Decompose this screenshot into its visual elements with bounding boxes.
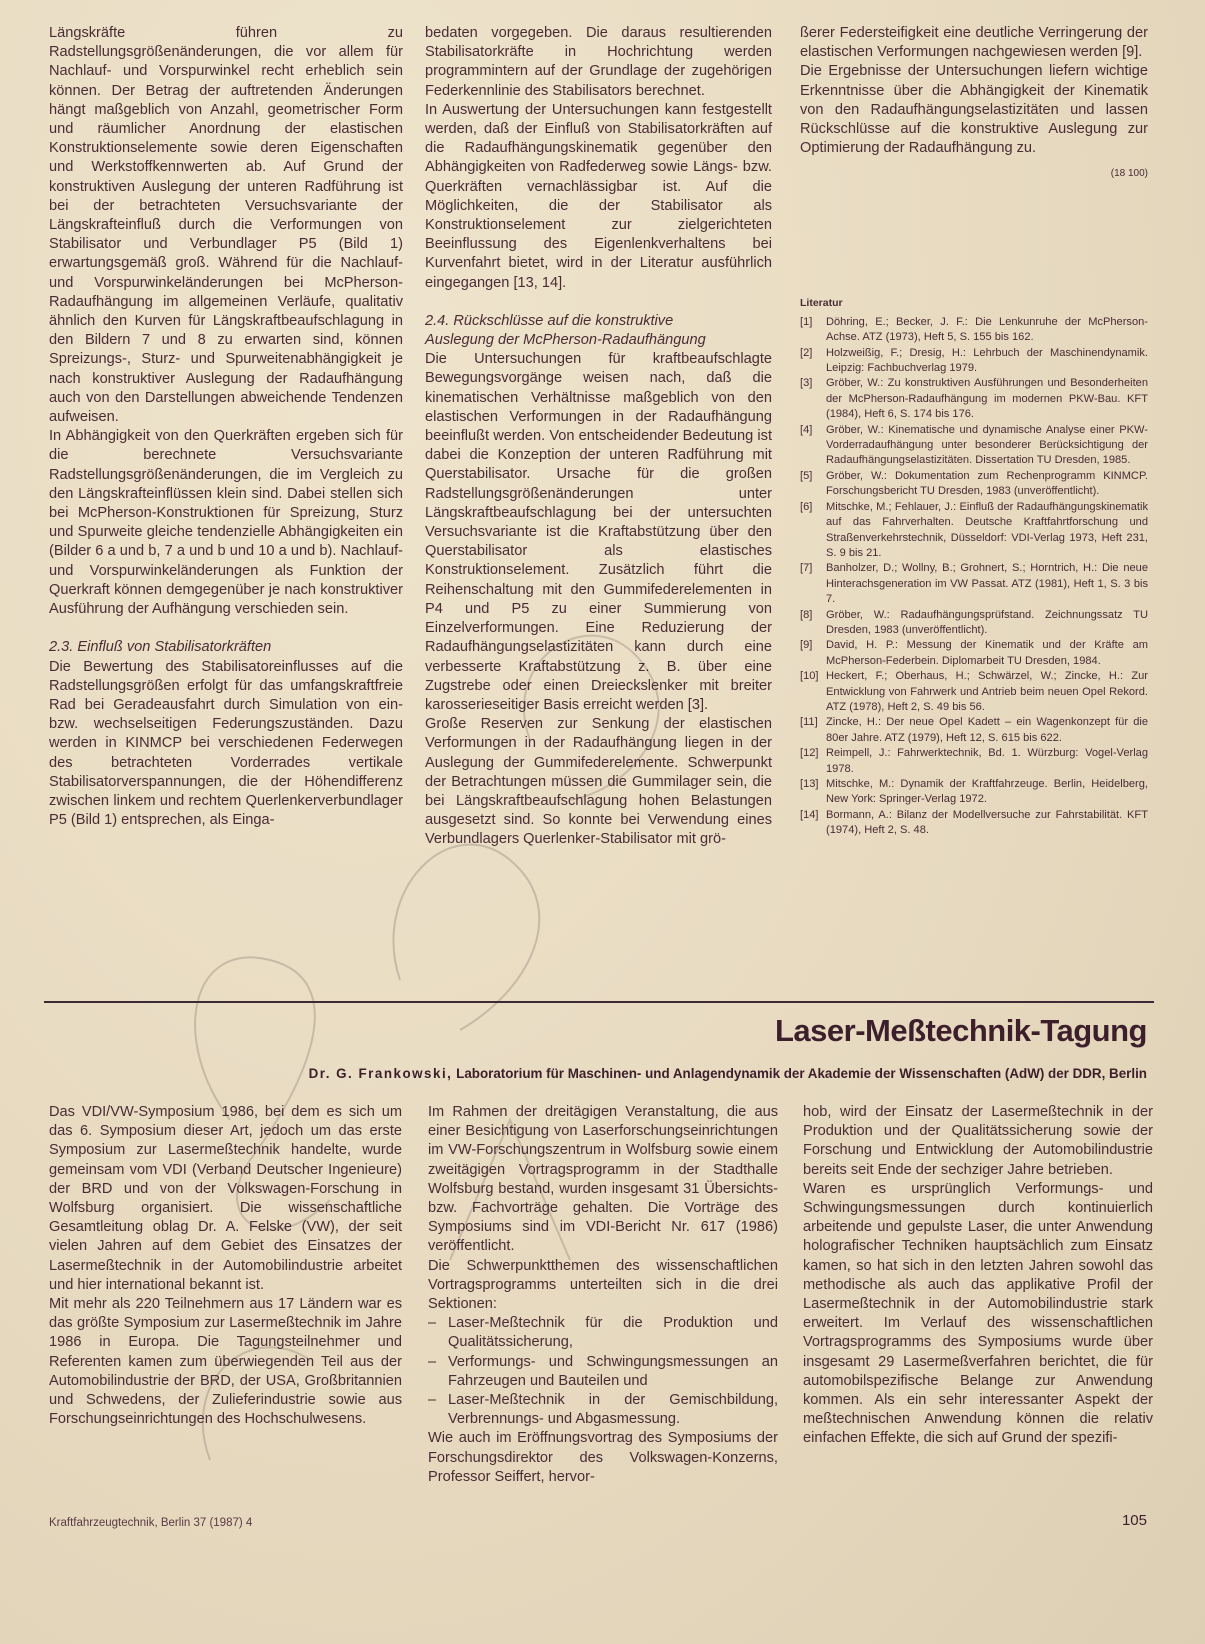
body-paragraph: Waren es ursprünglich Verformungs- und S… — [803, 1180, 1153, 1449]
section-heading-2-3: 2.3. Einfluß von Stabilisatorkräften — [49, 638, 403, 657]
literature-item: [2]Holzweißig, F.; Dresig, H.: Lehrbuch … — [800, 346, 1148, 377]
literature-item: [14]Bormann, A.: Bilanz der Modellversuc… — [800, 808, 1148, 839]
reference-text: Bormann, A.: Bilanz der Modellversuche z… — [826, 808, 1148, 839]
body-paragraph: Das VDI/VW-Symposium 1986, bei dem es si… — [49, 1103, 402, 1295]
reference-number: [13] — [800, 777, 826, 808]
body-paragraph: Die Bewertung des Stabilisatoreinflusses… — [49, 658, 403, 831]
reference-number: [12] — [800, 746, 826, 777]
body-paragraph: bedaten vorgegeben. Die daraus resultier… — [425, 24, 772, 101]
reference-number: [8] — [800, 608, 826, 639]
body-paragraph: Wie auch im Eröffnungsvortrag des Sympos… — [428, 1429, 778, 1487]
section-list-text: Verformungs- und Schwingungsmessungen an… — [448, 1353, 778, 1391]
reference-number: [7] — [800, 561, 826, 607]
reference-text: Heckert, F.; Oberhaus, H.; Schwärzel, W.… — [826, 669, 1148, 715]
reference-text: Holzweißig, F.; Dresig, H.: Lehrbuch der… — [826, 346, 1148, 377]
dash-bullet-icon: – — [428, 1314, 448, 1352]
reference-text: Banholzer, D.; Wollny, B.; Grohnert, S.;… — [826, 561, 1148, 607]
literature-item: [10]Heckert, F.; Oberhaus, H.; Schwärzel… — [800, 669, 1148, 715]
dash-bullet-icon: – — [428, 1353, 448, 1391]
section-list-item: –Laser-Meßtechnik in der Gemischbildung,… — [428, 1391, 778, 1429]
body-paragraph: In Auswertung der Untersuchungen kann fe… — [425, 101, 772, 293]
body-paragraph: Im Rahmen der dreitägigen Veranstaltung,… — [428, 1103, 778, 1257]
reference-number: [3] — [800, 376, 826, 422]
reference-number: [10] — [800, 669, 826, 715]
article2-column-1: Das VDI/VW-Symposium 1986, bei dem es si… — [49, 1103, 402, 1429]
reference-text: Gröber, W.: Dokumentation zum Rechenprog… — [826, 469, 1148, 500]
article1-column-3: ßerer Federsteifigkeit eine deutliche Ve… — [800, 24, 1148, 839]
reference-number: [11] — [800, 715, 826, 746]
article-headline: Laser-Meßtechnik-Tagung — [775, 1013, 1147, 1049]
literature-item: [5]Gröber, W.: Dokumentation zum Rechenp… — [800, 469, 1148, 500]
reference-number: [14] — [800, 808, 826, 839]
article1-column-2: bedaten vorgegeben. Die daraus resultier… — [425, 24, 772, 850]
article-byline: Dr. G. Frankowski, Laboratorium für Masc… — [309, 1066, 1147, 1081]
literature-item: [9]David, H. P.: Messung der Kinematik u… — [800, 638, 1148, 669]
section-list-text: Laser-Meßtechnik in der Gemischbildung, … — [448, 1391, 778, 1429]
dash-bullet-icon: – — [428, 1391, 448, 1429]
body-paragraph: Die Schwerpunktthemen des wissenschaftli… — [428, 1257, 778, 1315]
article2-column-2: Im Rahmen der dreitägigen Veranstaltung,… — [428, 1103, 778, 1487]
section-list-text: Laser-Meßtechnik für die Produktion und … — [448, 1314, 778, 1352]
section-heading-line: Auslegung der McPherson-Radaufhängung — [425, 332, 706, 348]
reference-text: David, H. P.: Messung der Kinematik und … — [826, 638, 1148, 669]
article-code: (18 100) — [800, 164, 1148, 183]
literature-item: [11]Zincke, H.: Der neue Opel Kadett – e… — [800, 715, 1148, 746]
article2-column-3: hob, wird der Einsatz der Lasermeßtechni… — [803, 1103, 1153, 1449]
body-paragraph: Längskräfte führen zu Radstellungsgrößen… — [49, 24, 403, 427]
body-paragraph: Große Reserven zur Senkung der elastisch… — [425, 715, 772, 849]
literature-list: [1]Döhring, E.; Becker, J. F.: Die Lenku… — [800, 315, 1148, 839]
body-paragraph: Mit mehr als 220 Teilnehmern aus 17 Länd… — [49, 1295, 402, 1429]
literature-item: [7]Banholzer, D.; Wollny, B.; Grohnert, … — [800, 561, 1148, 607]
reference-text: Döhring, E.; Becker, J. F.: Die Lenkunru… — [826, 315, 1148, 346]
literature-item: [6]Mitschke, M.; Fehlauer, J.: Einfluß d… — [800, 500, 1148, 562]
literature-item: [8]Gröber, W.: Radaufhängungsprüfstand. … — [800, 608, 1148, 639]
literature-item: [4]Gröber, W.: Kinematische und dynamisc… — [800, 423, 1148, 469]
section-list-item: –Verformungs- und Schwingungsmessungen a… — [428, 1353, 778, 1391]
author-name: Dr. G. Frankowski, — [309, 1066, 453, 1081]
section-heading-line: 2.4. Rückschlüsse auf die konstruktive — [425, 313, 673, 329]
reference-text: Mitschke, M.: Dynamik der Kraftfahrzeuge… — [826, 777, 1148, 808]
literature-title: Literatur — [800, 294, 1148, 313]
literature-item: [1]Döhring, E.; Becker, J. F.: Die Lenku… — [800, 315, 1148, 346]
literature-item: [12]Reimpell, J.: Fahrwerktechnik, Bd. 1… — [800, 746, 1148, 777]
literature-item: [3]Gröber, W.: Zu konstruktiven Ausführu… — [800, 376, 1148, 422]
reference-number: [6] — [800, 500, 826, 562]
reference-number: [2] — [800, 346, 826, 377]
reference-number: [9] — [800, 638, 826, 669]
body-paragraph: ßerer Federsteifigkeit eine deutliche Ve… — [800, 24, 1148, 62]
article1-column-1: Längskräfte führen zu Radstellungsgrößen… — [49, 24, 403, 830]
reference-text: Gröber, W.: Kinematische und dynamische … — [826, 423, 1148, 469]
section-list-item: –Laser-Meßtechnik für die Produktion und… — [428, 1314, 778, 1352]
author-affiliation: Laboratorium für Maschinen- und Anlagend… — [456, 1066, 1147, 1081]
reference-text: Zincke, H.: Der neue Opel Kadett – ein W… — [826, 715, 1148, 746]
body-paragraph: Die Ergebnisse der Untersuchungen liefer… — [800, 62, 1148, 158]
body-paragraph: In Abhängigkeit von den Querkräften erge… — [49, 427, 403, 619]
reference-text: Gröber, W.: Zu konstruktiven Ausführunge… — [826, 376, 1148, 422]
reference-number: [1] — [800, 315, 826, 346]
body-paragraph: hob, wird der Einsatz der Lasermeßtechni… — [803, 1103, 1153, 1180]
reference-number: [5] — [800, 469, 826, 500]
section-heading-2-4: 2.4. Rückschlüsse auf die konstruktive A… — [425, 312, 772, 350]
literature-item: [13]Mitschke, M.: Dynamik der Kraftfahrz… — [800, 777, 1148, 808]
reference-text: Gröber, W.: Radaufhängungsprüfstand. Zei… — [826, 608, 1148, 639]
reference-text: Mitschke, M.; Fehlauer, J.: Einfluß der … — [826, 500, 1148, 562]
page-number: 105 — [1122, 1512, 1147, 1529]
journal-citation: Kraftfahrzeugtechnik, Berlin 37 (1987) 4 — [49, 1517, 252, 1529]
body-paragraph: Die Untersuchungen für kraftbeaufschlagt… — [425, 350, 772, 715]
section-divider — [44, 1001, 1154, 1003]
reference-number: [4] — [800, 423, 826, 469]
reference-text: Reimpell, J.: Fahrwerktechnik, Bd. 1. Wü… — [826, 746, 1148, 777]
